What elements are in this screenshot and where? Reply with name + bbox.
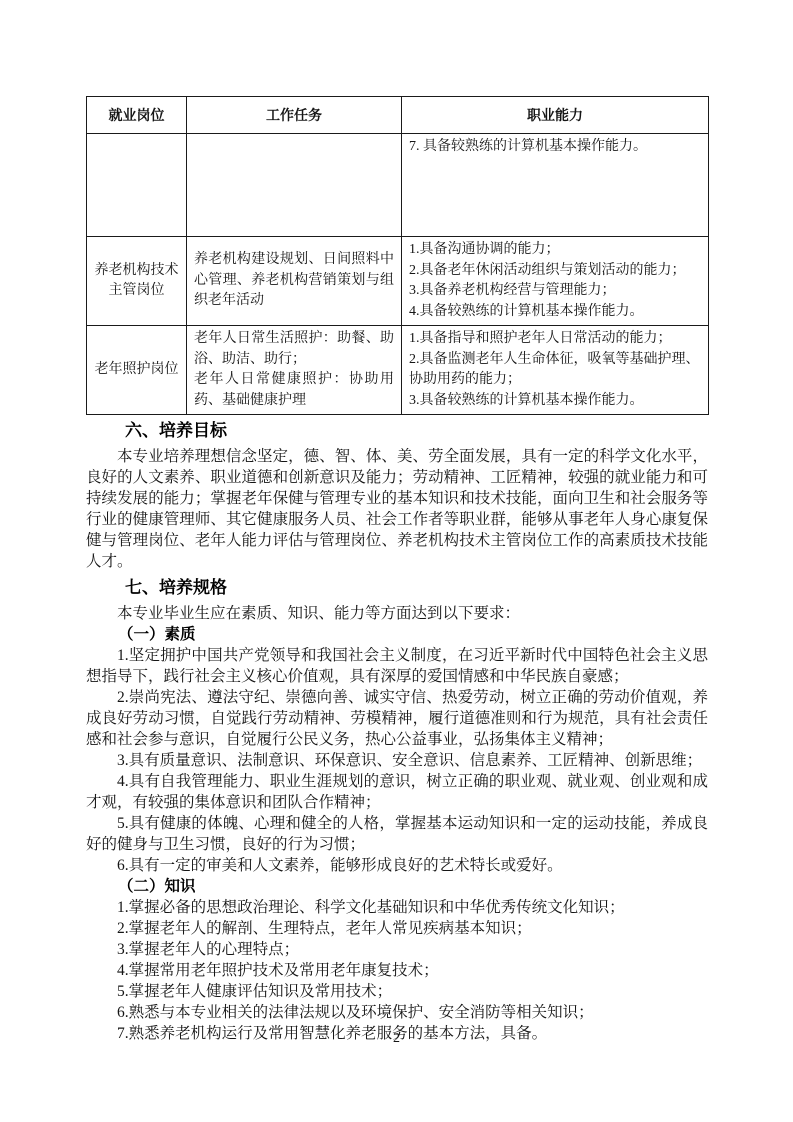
ability-line: 4.具备较熟练的计算机基本操作能力。 [409, 302, 701, 323]
ability-line: 3.具备养老机构经营与管理能力； [409, 281, 701, 302]
task-line: 老年人日常健康照护：协助用药、基础健康护理 [194, 370, 394, 411]
subsection-heading-quality: （一）素质 [86, 624, 708, 645]
paragraph: 本专业培养理想信念坚定，德、智、体、美、劳全面发展，具有一定的科学文化水平，良好… [86, 446, 708, 572]
list-item: 4.掌握常用老年照护技术及常用老年康复技术； [86, 960, 708, 981]
table-header-row: 就业岗位 工作任务 职业能力 [87, 97, 709, 134]
ability-line: 2.具备监测老年人生命体征，吸氧等基础护理、协助用药的能力； [409, 350, 701, 391]
ability-line: 2.具备老年休闲活动组织与策划活动的能力； [409, 261, 701, 282]
subsection-heading-knowledge: （二）知识 [86, 876, 708, 897]
document-page: 就业岗位 工作任务 职业能力 7. 具备较熟练的计算机基本操作能力。 养老机构技 [0, 0, 793, 1122]
abilities-cell: 1.具备沟通协调的能力； 2.具备老年休闲活动组织与策划活动的能力； 3.具备养… [402, 237, 709, 326]
list-item: 6.熟悉与本专业相关的法律法规以及环境保护、安全消防等相关知识； [86, 1002, 708, 1023]
list-item: 5.具有健康的体魄、心理和健全的人格，掌握基本运动知识和一定的运动技能，养成良好… [86, 813, 708, 855]
column-header-position: 就业岗位 [87, 97, 187, 134]
task-line: 老年人日常生活照护：助餐、助浴、助洁、助行； [194, 329, 394, 370]
list-item: 3.具有质量意识、法制意识、环保意识、安全意识、信息素养、工匠精神、创新思维； [86, 750, 708, 771]
list-item: 2.掌握老年人的解剖、生理特点，老年人常见疾病基本知识； [86, 918, 708, 939]
section-heading-training-objectives: 六、培养目标 [86, 419, 708, 443]
ability-line: 1.具备指导和照护老年人日常活动的能力； [409, 329, 701, 350]
list-item: 5.掌握老年人健康评估知识及常用技术； [86, 981, 708, 1002]
tasks-cell [187, 134, 402, 237]
position-cell [87, 134, 187, 237]
page-number: 2 [0, 1031, 793, 1047]
table-row: 老年照护岗位 老年人日常生活照护：助餐、助浴、助洁、助行； 老年人日常健康照护：… [87, 326, 709, 415]
position-cell: 养老机构技术主管岗位 [87, 237, 187, 326]
employment-positions-table: 就业岗位 工作任务 职业能力 7. 具备较熟练的计算机基本操作能力。 养老机构技 [86, 96, 709, 415]
list-item: 1.坚定拥护中国共产党领导和我国社会主义制度，在习近平新时代中国特色社会主义思想… [86, 645, 708, 687]
list-item: 2.崇尚宪法、遵法守纪、崇德向善、诚实守信、热爱劳动，树立正确的劳动价值观，养成… [86, 687, 708, 750]
section-heading-training-specifications: 七、培养规格 [86, 576, 708, 600]
tasks-cell: 养老机构建设规划、日间照料中心管理、养老机构营销策划与组织老年活动 [187, 237, 402, 326]
ability-line: 3.具备较熟练的计算机基本操作能力。 [409, 391, 701, 412]
column-header-abilities: 职业能力 [402, 97, 709, 134]
list-item: 4.具有自我管理能力、职业生涯规划的意识，树立正确的职业观、就业观、创业观和成才… [86, 771, 708, 813]
column-header-tasks: 工作任务 [187, 97, 402, 134]
ability-line: 1.具备沟通协调的能力； [409, 240, 701, 261]
page-content: 就业岗位 工作任务 职业能力 7. 具备较熟练的计算机基本操作能力。 养老机构技 [86, 96, 708, 1044]
ability-line: 7. 具备较熟练的计算机基本操作能力。 [409, 137, 701, 158]
tasks-cell: 老年人日常生活照护：助餐、助浴、助洁、助行； 老年人日常健康照护：协助用药、基础… [187, 326, 402, 415]
table-row: 养老机构技术主管岗位 养老机构建设规划、日间照料中心管理、养老机构营销策划与组织… [87, 237, 709, 326]
abilities-cell: 7. 具备较熟练的计算机基本操作能力。 [402, 134, 709, 237]
list-item: 6.具有一定的审美和人文素养，能够形成良好的艺术特长或爱好。 [86, 855, 708, 876]
task-line: 养老机构建设规划、日间照料中心管理、养老机构营销策划与组织老年活动 [194, 250, 394, 312]
list-item: 1.掌握必备的思想政治理论、科学文化基础知识和中华优秀传统文化知识； [86, 897, 708, 918]
paragraph: 本专业毕业生应在素质、知识、能力等方面达到以下要求： [86, 603, 708, 624]
table-row: 7. 具备较熟练的计算机基本操作能力。 [87, 134, 709, 237]
list-item: 3.掌握老年人的心理特点； [86, 939, 708, 960]
position-cell: 老年照护岗位 [87, 326, 187, 415]
abilities-cell: 1.具备指导和照护老年人日常活动的能力； 2.具备监测老年人生命体征，吸氧等基础… [402, 326, 709, 415]
